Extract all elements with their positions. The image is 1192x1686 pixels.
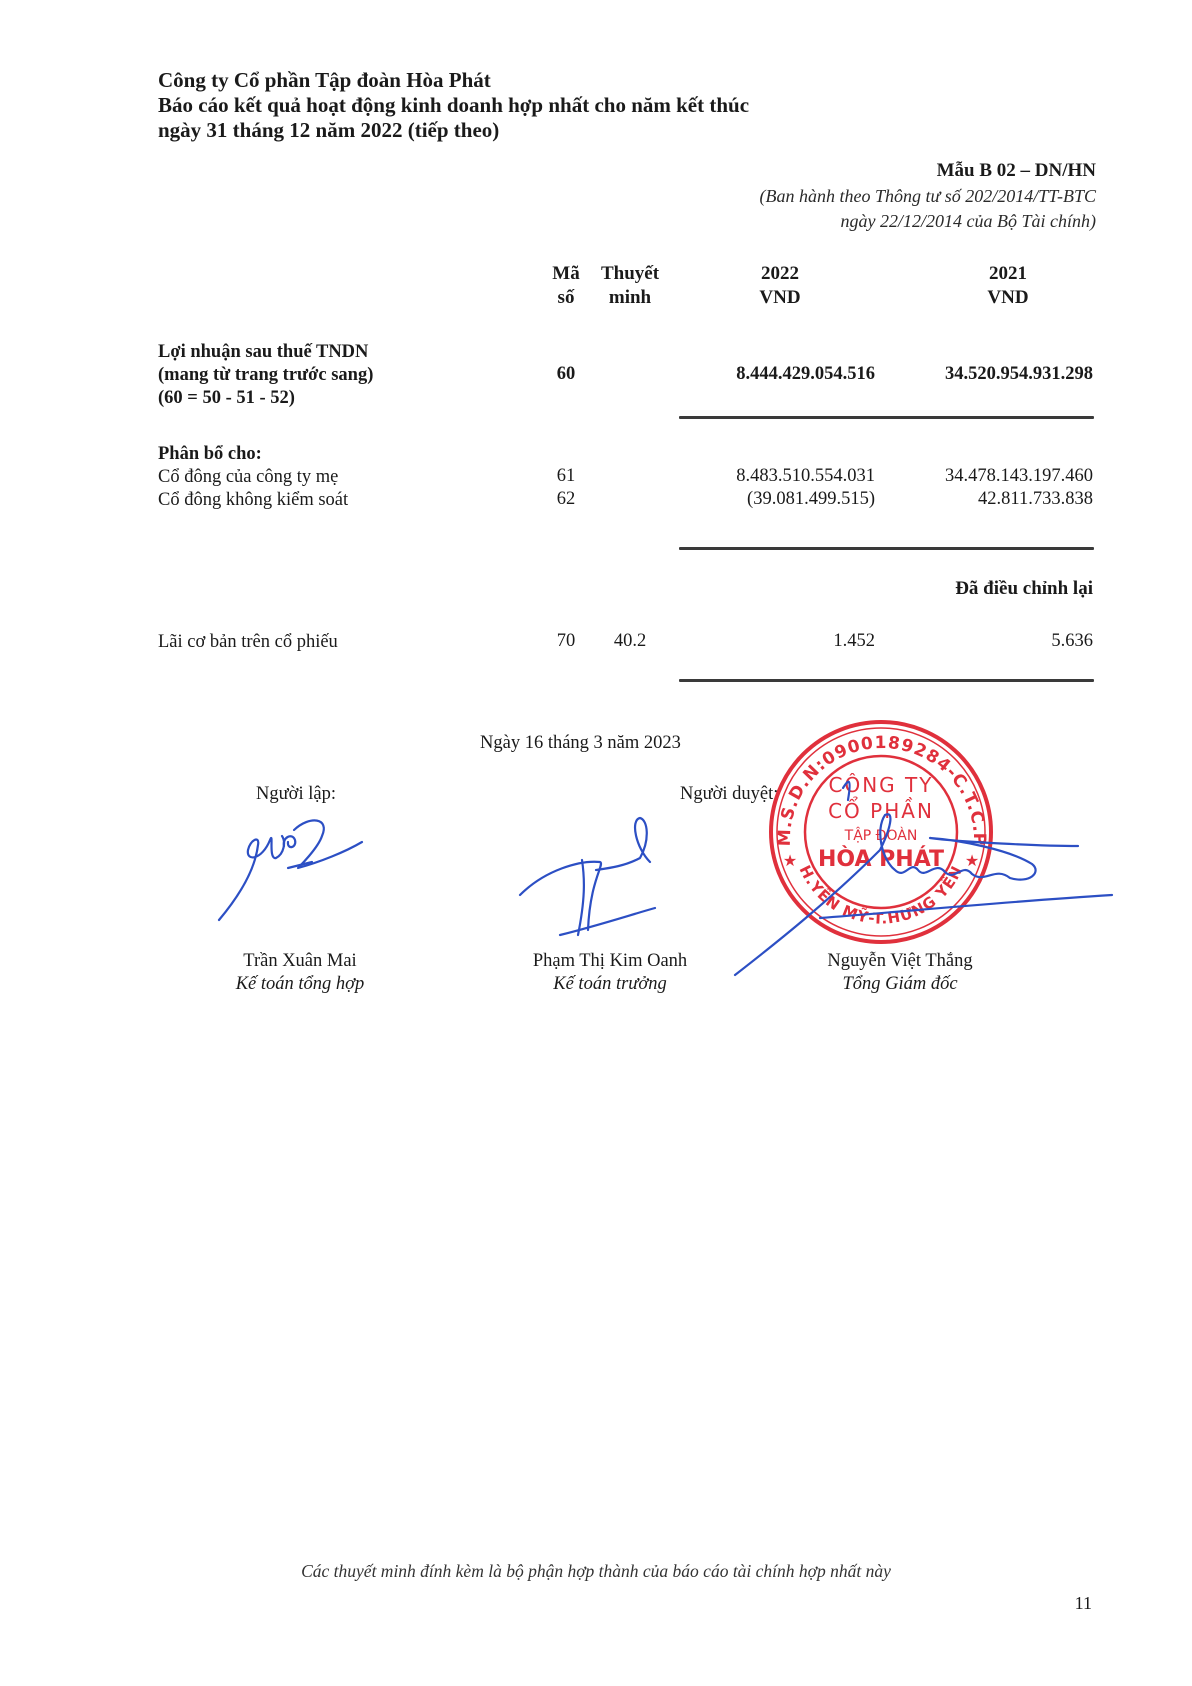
page-number: 11 xyxy=(1075,1593,1092,1614)
star-icon: ★ xyxy=(783,853,797,870)
preparer-signature-block: Trần Xuân Mai Kế toán tổng hợp xyxy=(200,950,400,996)
ceo-signature-block: Nguyễn Việt Thắng Tổng Giám đốc xyxy=(800,950,1000,996)
chief-accountant-name: Phạm Thị Kim Oanh xyxy=(500,950,720,973)
signatures-and-stamp: M.S.D.N:0900189284-C.T.C.P H.YÊN MỸ-T.HƯ… xyxy=(0,0,1192,1686)
preparer-name: Trần Xuân Mai xyxy=(200,950,400,973)
chief-accountant-signature-icon xyxy=(520,818,655,935)
footer-note: Các thuyết minh đính kèm là bộ phận hợp … xyxy=(0,1561,1192,1582)
stamp-line: CỔ PHẦN xyxy=(828,797,934,823)
preparer-title: Kế toán tổng hợp xyxy=(200,973,400,996)
ceo-title: Tổng Giám đốc xyxy=(800,973,1000,996)
ceo-name: Nguyễn Việt Thắng xyxy=(800,950,1000,973)
chief-accountant-title: Kế toán trưởng xyxy=(500,973,720,996)
chief-accountant-signature-block: Phạm Thị Kim Oanh Kế toán trưởng xyxy=(500,950,720,996)
preparer-signature-icon xyxy=(219,820,362,920)
star-icon: ★ xyxy=(965,853,979,870)
